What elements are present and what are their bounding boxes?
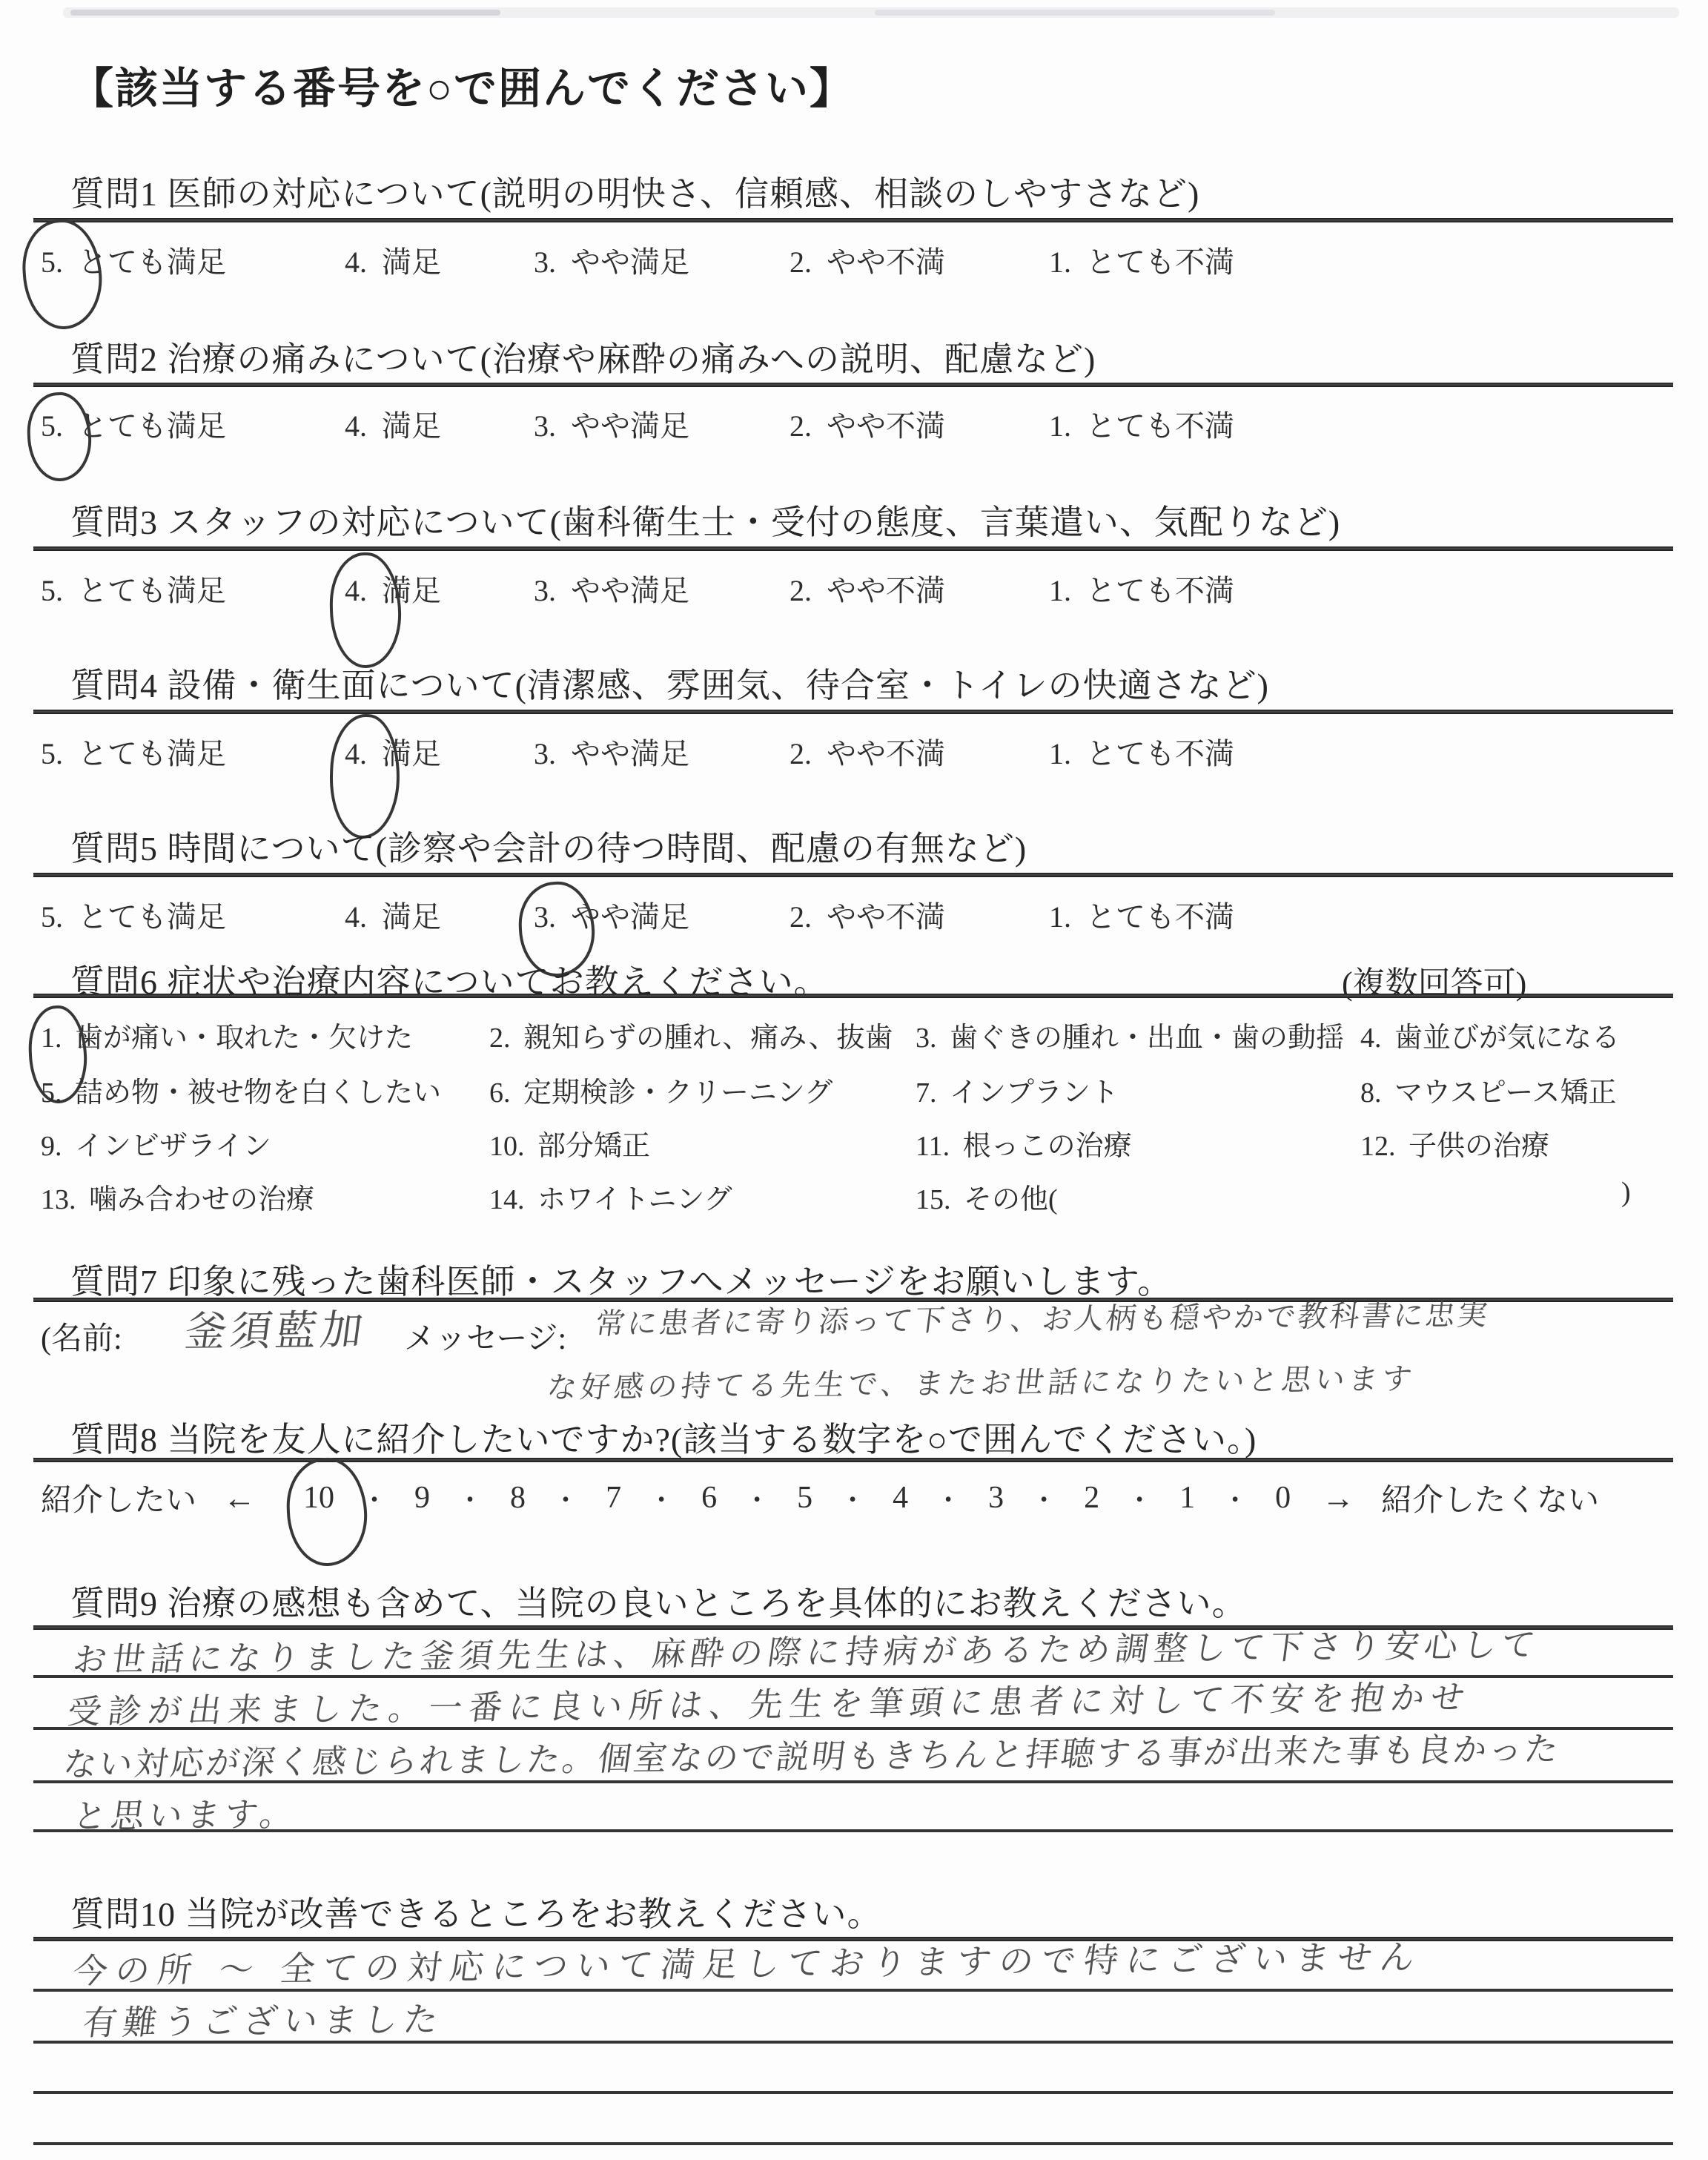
q6-options-grid: 1. 歯が痛い・取れた・欠けた 2. 親知らずの腫れ、痛み、抜歯 3. 歯ぐきの…: [41, 1014, 1701, 1215]
q8-rule: [33, 1458, 1673, 1462]
q9-heading: 質問9 治療の感想も含めて、当院の良いところを具体的にお教えください。: [70, 1576, 1247, 1625]
q8-number-10: 10: [303, 1480, 334, 1516]
q2-option-5: 5. とても満足: [41, 403, 226, 445]
q8-dot: ・: [648, 1479, 675, 1517]
q1-option-5-number: 5.: [41, 245, 63, 280]
form-title: 【該当する番号を○で囲んでください】: [70, 53, 854, 116]
q5-option-3: 3. やや満足: [534, 894, 689, 936]
q6-item-8: 8. マウスピース矯正: [1360, 1069, 1616, 1110]
q4-selection-circle: [328, 713, 402, 839]
q4-option-2: 2. やや不満: [790, 730, 945, 773]
q10-answer-rule-4: [33, 2142, 1673, 2145]
q6-item-12: 12. 子供の治療: [1360, 1123, 1549, 1163]
q6-item-7: 7. インプラント: [916, 1069, 1119, 1110]
q3-heading: 質問3 スタッフの対応について(歯科衛生士・受付の態度、言葉遣い、気配りなど): [70, 495, 1340, 544]
q6-item-11: 11. 根っこの治療: [916, 1123, 1132, 1163]
q7-name-handwritten: 釜須藍加: [182, 1297, 371, 1358]
q6-item-15-close-paren: ): [1621, 1176, 1631, 1209]
q4-option-4-number: 4.: [345, 736, 367, 771]
q7-message-line-1: 常に患者に寄り添って下さり、お人柄も穏やかで教科書に忠実: [593, 1291, 1492, 1343]
q3-option-3: 3. やや満足: [534, 567, 689, 610]
q8-scale-row: 紹介したい ← 10 ・ 9 ・ 8 ・ 7 ・ 6 ・ 5 ・ 4 ・ 3 ・…: [41, 1476, 1599, 1520]
q8-dot: ・: [935, 1479, 961, 1517]
q5-option-5: 5. とても満足: [41, 894, 226, 936]
q3-option-4: 4. 満足: [345, 567, 441, 610]
q8-dot: ・: [457, 1479, 483, 1517]
q8-number-3: 3: [988, 1480, 1004, 1516]
q6-rule: [33, 994, 1673, 998]
q8-number-2: 2: [1084, 1480, 1099, 1516]
q6-item-4: 4. 歯並びが気になる: [1360, 1014, 1620, 1055]
q7-message-line-2: な好感の持てる先生で、またお世話になりたいと思います: [545, 1355, 1418, 1407]
q8-dot: ・: [552, 1479, 579, 1517]
q2-option-2: 2. やや不満: [790, 403, 945, 445]
q8-dot: ・: [744, 1479, 770, 1517]
q10-answer-rule-2: [33, 2041, 1673, 2044]
q10-answer-line-2: 有難うございました: [80, 1992, 447, 2045]
q1-option-5: 5. とても満足: [41, 239, 226, 281]
q2-option-1: 1. とても不満: [1049, 403, 1234, 445]
q4-option-4: 4. 満足: [345, 730, 441, 773]
q5-option-4: 4. 満足: [345, 894, 441, 936]
q6-item-2: 2. 親知らずの腫れ、痛み、抜歯: [489, 1014, 893, 1055]
scan-artifact: [70, 10, 500, 16]
q3-option-1: 1. とても不満: [1049, 567, 1234, 610]
q9-answer-line-3: ない対応が深く感じられました。個室なので説明もきちんと拝聴する事が出来た事も良か…: [61, 1722, 1563, 1786]
q4-option-1: 1. とても不満: [1049, 730, 1234, 773]
q9-answer-line-2: 受診が出来ました。一番に良い所は、先生を筆頭に患者に対して不安を抱かせ: [65, 1670, 1474, 1733]
q1-option-1: 1. とても不満: [1049, 239, 1234, 281]
q3-option-5: 5. とても満足: [41, 567, 226, 610]
q9-answer-rule-3: [33, 1780, 1673, 1783]
q10-heading: 質問10 当院が改善できるところをお教えください。: [70, 1887, 882, 1936]
q4-rule: [33, 710, 1673, 714]
q6-item-1: 1. 歯が痛い・取れた・欠けた: [41, 1014, 413, 1055]
q8-number-5: 5: [797, 1480, 812, 1516]
q2-rule: [33, 383, 1673, 387]
q8-number-4: 4: [893, 1480, 908, 1516]
q6-item-15: 15. その他(: [916, 1176, 1058, 1217]
q6-item-1-number: 1.: [41, 1022, 62, 1054]
q10-answer-rule-3: [33, 2091, 1673, 2094]
q8-dot: ・: [839, 1479, 866, 1517]
q5-rule: [33, 873, 1673, 877]
q2-option-3: 3. やや満足: [534, 403, 689, 445]
q10-answer-rule-1: [33, 1989, 1673, 1992]
q5-option-1: 1. とても不満: [1049, 894, 1234, 936]
q8-number-0: 0: [1275, 1480, 1291, 1516]
q8-arrow-right: →: [1322, 1479, 1354, 1517]
q6-item-10: 10. 部分矯正: [489, 1123, 650, 1163]
q2-option-4: 4. 満足: [345, 403, 441, 445]
q8-dot: ・: [1222, 1479, 1248, 1517]
q8-dot: ・: [361, 1479, 388, 1517]
scan-artifact: [875, 10, 1275, 16]
q3-option-2: 2. やや不満: [790, 567, 945, 610]
q4-heading: 質問4 設備・衛生面について(清潔感、雰囲気、待合室・トイレの快適さなど): [70, 658, 1269, 707]
q6-item-13: 13. 噛み合わせの治療: [41, 1176, 314, 1217]
q5-heading: 質問5 時間について(診察や会計の待つ時間、配慮の有無など): [70, 822, 1027, 871]
q3-rule: [33, 546, 1673, 551]
q8-arrow-left: ←: [223, 1479, 256, 1517]
q7-name-label: (名前:: [41, 1314, 122, 1358]
q8-left-label: 紹介したい: [41, 1476, 196, 1520]
q1-option-4: 4. 満足: [345, 239, 441, 281]
q1-option-5-label: とても満足: [78, 245, 226, 279]
q3-selection-circle: [329, 552, 403, 669]
q9-answer-rule-4: [33, 1829, 1673, 1832]
q8-dot: ・: [1126, 1479, 1153, 1517]
q8-number-6: 6: [701, 1480, 717, 1516]
q4-option-5: 5. とても満足: [41, 730, 226, 773]
q6-item-9: 9. インビザライン: [41, 1123, 271, 1163]
q2-option-5-number: 5.: [41, 409, 63, 443]
q7-message-label: メッセージ:: [404, 1314, 566, 1358]
q8-dot: ・: [1030, 1479, 1057, 1517]
q1-option-2: 2. やや不満: [790, 239, 945, 281]
q5-option-2: 2. やや不満: [790, 894, 945, 936]
q8-number-1: 1: [1179, 1480, 1195, 1516]
q4-option-3: 3. やや満足: [534, 730, 689, 773]
q8-number-9: 9: [414, 1480, 430, 1516]
q6-item-14: 14. ホワイトニング: [489, 1176, 732, 1217]
q8-number-8: 8: [510, 1480, 526, 1516]
q6-item-5: 5. 詰め物・被せ物を白くしたい: [41, 1069, 441, 1110]
q5-option-3-number: 3.: [534, 899, 556, 934]
q6-item-3: 3. 歯ぐきの腫れ・出血・歯の動揺: [916, 1014, 1344, 1055]
q2-heading: 質問2 治療の痛みについて(治療や麻酔の痛みへの説明、配慮など): [70, 332, 1096, 381]
survey-form-scan: 【該当する番号を○で囲んでください】 質問1 医師の対応について(説明の明快さ、…: [0, 0, 1708, 2160]
q1-heading: 質問1 医師の対応について(説明の明快さ、信頼感、相談のしやすさなど): [70, 167, 1199, 216]
q8-number-7: 7: [606, 1480, 621, 1516]
q8-right-label: 紹介したくない: [1381, 1476, 1599, 1520]
q1-rule: [33, 218, 1673, 222]
q3-option-4-number: 4.: [345, 573, 367, 608]
q6-item-6: 6. 定期検診・クリーニング: [489, 1069, 833, 1110]
q8-heading: 質問8 当院を友人に紹介したいですか?(該当する数字を○で囲んでください。): [70, 1413, 1257, 1462]
q1-option-3: 3. やや満足: [534, 239, 689, 281]
